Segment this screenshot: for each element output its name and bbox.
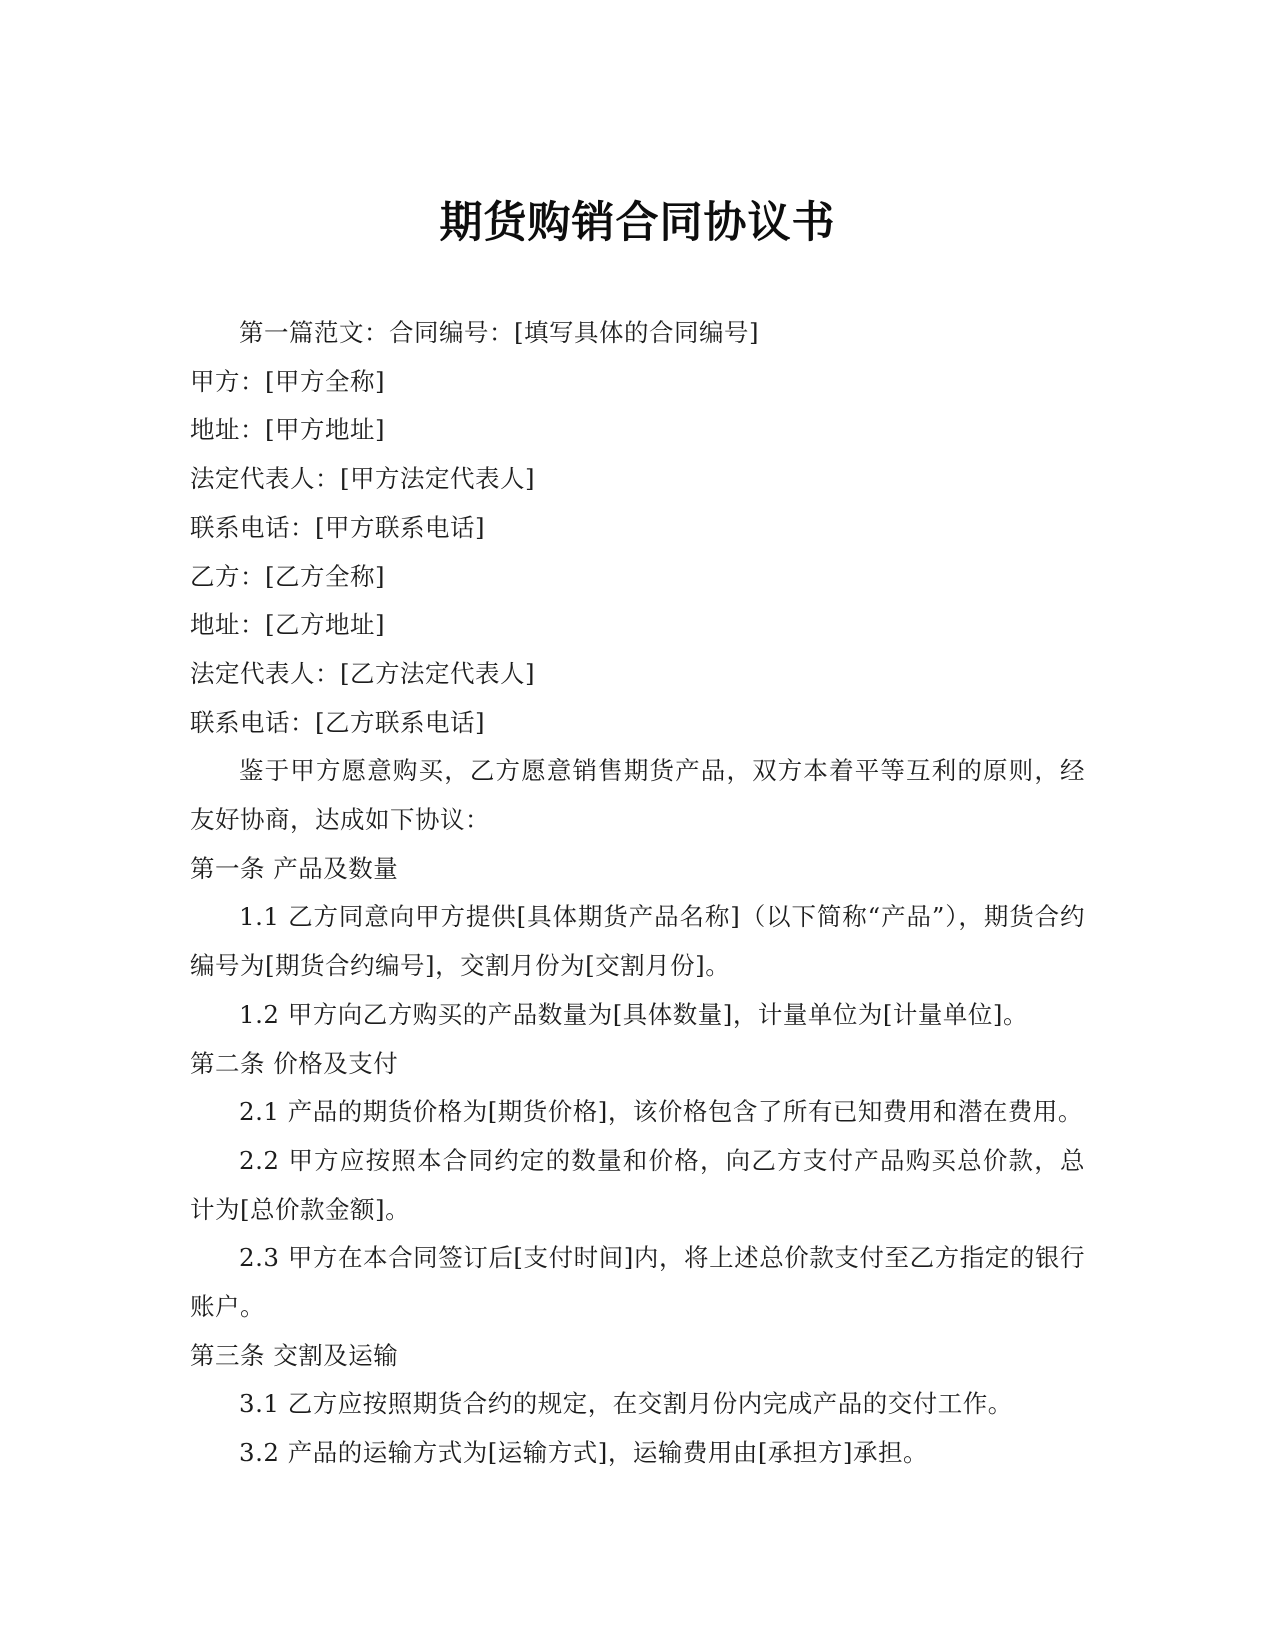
contract-body: 第一篇范文：合同编号：[填写具体的合同编号]甲方：[甲方全称]地址：[甲方地址]… — [190, 309, 1085, 1478]
paragraph: 第一篇范文：合同编号：[填写具体的合同编号] — [190, 309, 1085, 358]
document-title: 期货购销合同协议书 — [0, 198, 1275, 248]
paragraph: 3.1 乙方应按照期货合约的规定，在交割月份内完成产品的交付工作。 — [190, 1380, 1085, 1429]
document-page: 期货购销合同协议书 第一篇范文：合同编号：[填写具体的合同编号]甲方：[甲方全称… — [0, 0, 1275, 1650]
paragraph: 法定代表人：[乙方法定代表人] — [190, 650, 1085, 699]
paragraph: 甲方：[甲方全称] — [190, 358, 1085, 407]
paragraph: 3.2 产品的运输方式为[运输方式]，运输费用由[承担方]承担。 — [190, 1429, 1085, 1478]
paragraph: 法定代表人：[甲方法定代表人] — [190, 455, 1085, 504]
paragraph: 联系电话：[乙方联系电话] — [190, 699, 1085, 748]
paragraph: 鉴于甲方愿意购买，乙方愿意销售期货产品，双方本着平等互利的原则，经友好协商，达成… — [190, 747, 1085, 844]
paragraph: 1.1 乙方同意向甲方提供[具体期货产品名称]（以下简称“产品”），期货合约编号… — [190, 893, 1085, 990]
paragraph: 第一条 产品及数量 — [190, 845, 1085, 894]
paragraph: 乙方：[乙方全称] — [190, 553, 1085, 602]
paragraph: 第三条 交割及运输 — [190, 1332, 1085, 1381]
paragraph: 联系电话：[甲方联系电话] — [190, 504, 1085, 553]
paragraph: 2.1 产品的期货价格为[期货价格]，该价格包含了所有已知费用和潜在费用。 — [190, 1088, 1085, 1137]
paragraph: 2.2 甲方应按照本合同约定的数量和价格，向乙方支付产品购买总价款，总计为[总价… — [190, 1137, 1085, 1234]
paragraph: 2.3 甲方在本合同签订后[支付时间]内，将上述总价款支付至乙方指定的银行账户。 — [190, 1234, 1085, 1331]
paragraph: 第二条 价格及支付 — [190, 1040, 1085, 1089]
paragraph: 1.2 甲方向乙方购买的产品数量为[具体数量]，计量单位为[计量单位]。 — [190, 991, 1085, 1040]
paragraph: 地址：[甲方地址] — [190, 406, 1085, 455]
paragraph: 地址：[乙方地址] — [190, 601, 1085, 650]
